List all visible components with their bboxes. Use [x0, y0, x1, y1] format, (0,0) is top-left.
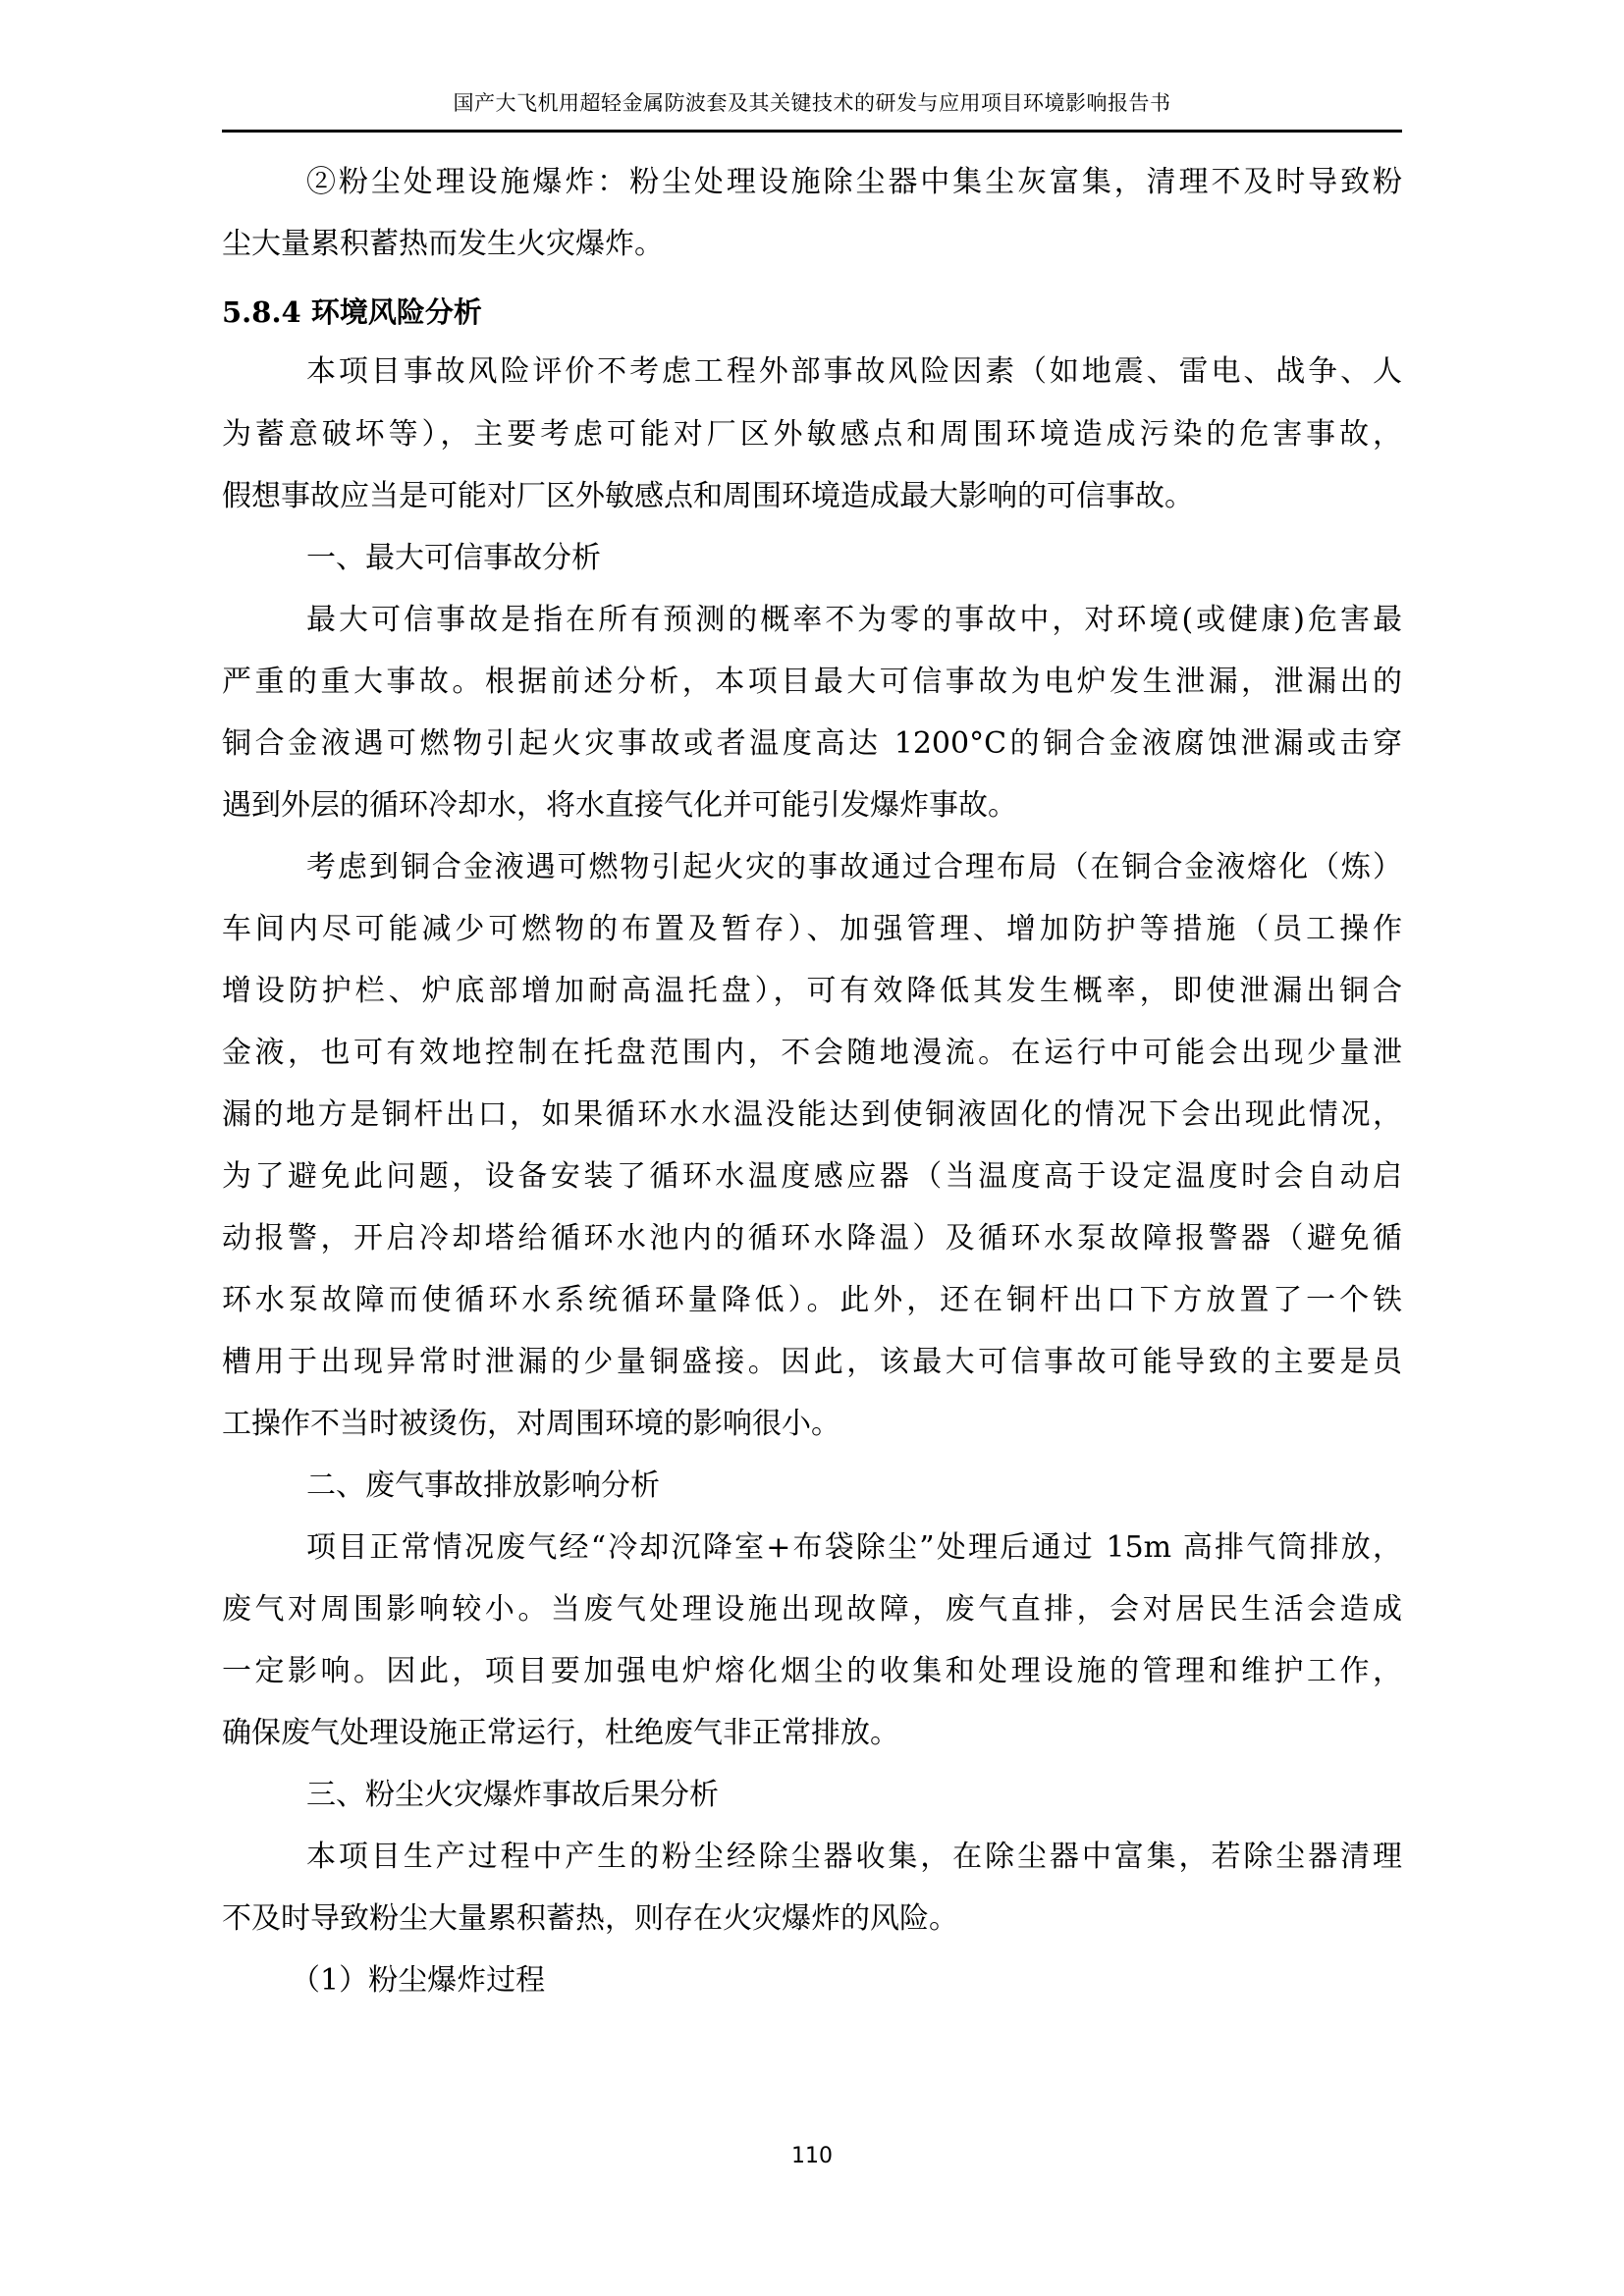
paragraph-line: 车间内尽可能减少可燃物的布置及暂存）、加强管理、增加防护等措施（员工操作	[222, 910, 1402, 949]
paragraph-line: 为了避免此问题，设备安装了循环水温度感应器（当温度高于设定温度时会自动启	[222, 1157, 1402, 1197]
paragraph-line: 为蓄意破坏等），主要考虑可能对厂区外敏感点和周围环境造成污染的危害事故，	[222, 415, 1402, 454]
paragraph-line: 工操作不当时被烫伤，对周围环境的影响很小。	[222, 1405, 1402, 1444]
subsection-heading: 二、废气事故排放影响分析	[222, 1467, 1402, 1506]
paragraph-line: 金液，也可有效地控制在托盘范围内，不会随地漫流。在运行中可能会出现少量泄	[222, 1034, 1402, 1073]
paragraph-line: 槽用于出现异常时泄漏的少量铜盛接。因此，该最大可信事故可能导致的主要是员	[222, 1343, 1402, 1382]
paragraph-line: 增设防护栏、炉底部增加耐高温托盘），可有效降低其发生概率，即使泄漏出铜合	[222, 972, 1402, 1011]
paragraph-line: 铜合金液遇可燃物引起火灾事故或者温度高达 1200°C的铜合金液腐蚀泄漏或击穿	[222, 724, 1402, 764]
document-page: 国产大飞机用超轻金属防波套及其关键技术的研发与应用项目环境影响报告书 ②粉尘处理…	[0, 0, 1624, 2296]
header-divider	[222, 130, 1402, 133]
paragraph-line: 本项目事故风险评价不考虑工程外部事故风险因素（如地震、雷电、战争、人	[222, 352, 1402, 392]
paragraph-line: 动报警，开启冷却塔给循环水池内的循环水降温）及循环水泵故障报警器（避免循	[222, 1219, 1402, 1258]
paragraph-line: ②粉尘处理设施爆炸：粉尘处理设施除尘器中集尘灰富集，清理不及时导致粉	[222, 163, 1402, 202]
paragraph-line: 严重的重大事故。根据前述分析，本项目最大可信事故为电炉发生泄漏，泄漏出的	[222, 663, 1402, 702]
page-number: 110	[0, 2142, 1624, 2171]
paragraph-line: 确保废气处理设施正常运行，杜绝废气非正常排放。	[222, 1714, 1402, 1753]
paragraph-line: 不及时导致粉尘大量累积蓄热，则存在火灾爆炸的风险。	[222, 1899, 1402, 1939]
running-header: 国产大飞机用超轻金属防波套及其关键技术的研发与应用项目环境影响报告书	[222, 88, 1402, 118]
paragraph-line: 漏的地方是铜杆出口，如果循环水水温没能达到使铜液固化的情况下会出现此情况，	[222, 1095, 1402, 1135]
subsection-heading: 三、粉尘火灾爆炸事故后果分析	[222, 1776, 1402, 1815]
paragraph-line: 一定影响。因此，项目要加强电炉熔化烟尘的收集和处理设施的管理和维护工作，	[222, 1652, 1402, 1691]
section-heading: 5.8.4 环境风险分析	[222, 293, 1402, 332]
paragraph-line: 项目正常情况废气经“冷却沉降室+布袋除尘”处理后通过 15m 高排气筒排放，	[222, 1528, 1402, 1568]
subsection-heading: 一、最大可信事故分析	[222, 539, 1402, 578]
list-item-heading: （1）粉尘爆炸过程	[222, 1961, 1402, 2001]
paragraph-line: 最大可信事故是指在所有预测的概率不为零的事故中，对环境(或健康)危害最	[222, 601, 1402, 640]
paragraph-line: 本项目生产过程中产生的粉尘经除尘器收集，在除尘器中富集，若除尘器清理	[222, 1838, 1402, 1877]
paragraph-line: 废气对周围影响较小。当废气处理设施出现故障，废气直排，会对居民生活会造成	[222, 1590, 1402, 1629]
paragraph-line: 假想事故应当是可能对厂区外敏感点和周围环境造成最大影响的可信事故。	[222, 477, 1402, 516]
paragraph-line: 考虑到铜合金液遇可燃物引起火灾的事故通过合理布局（在铜合金液熔化（炼）	[222, 848, 1402, 887]
paragraph-line: 遇到外层的循环冷却水，将水直接气化并可能引发爆炸事故。	[222, 786, 1402, 826]
paragraph-line: 环水泵故障而使循环水系统循环量降低）。此外，还在铜杆出口下方放置了一个铁	[222, 1281, 1402, 1320]
paragraph-line: 尘大量累积蓄热而发生火灾爆炸。	[222, 225, 1402, 264]
